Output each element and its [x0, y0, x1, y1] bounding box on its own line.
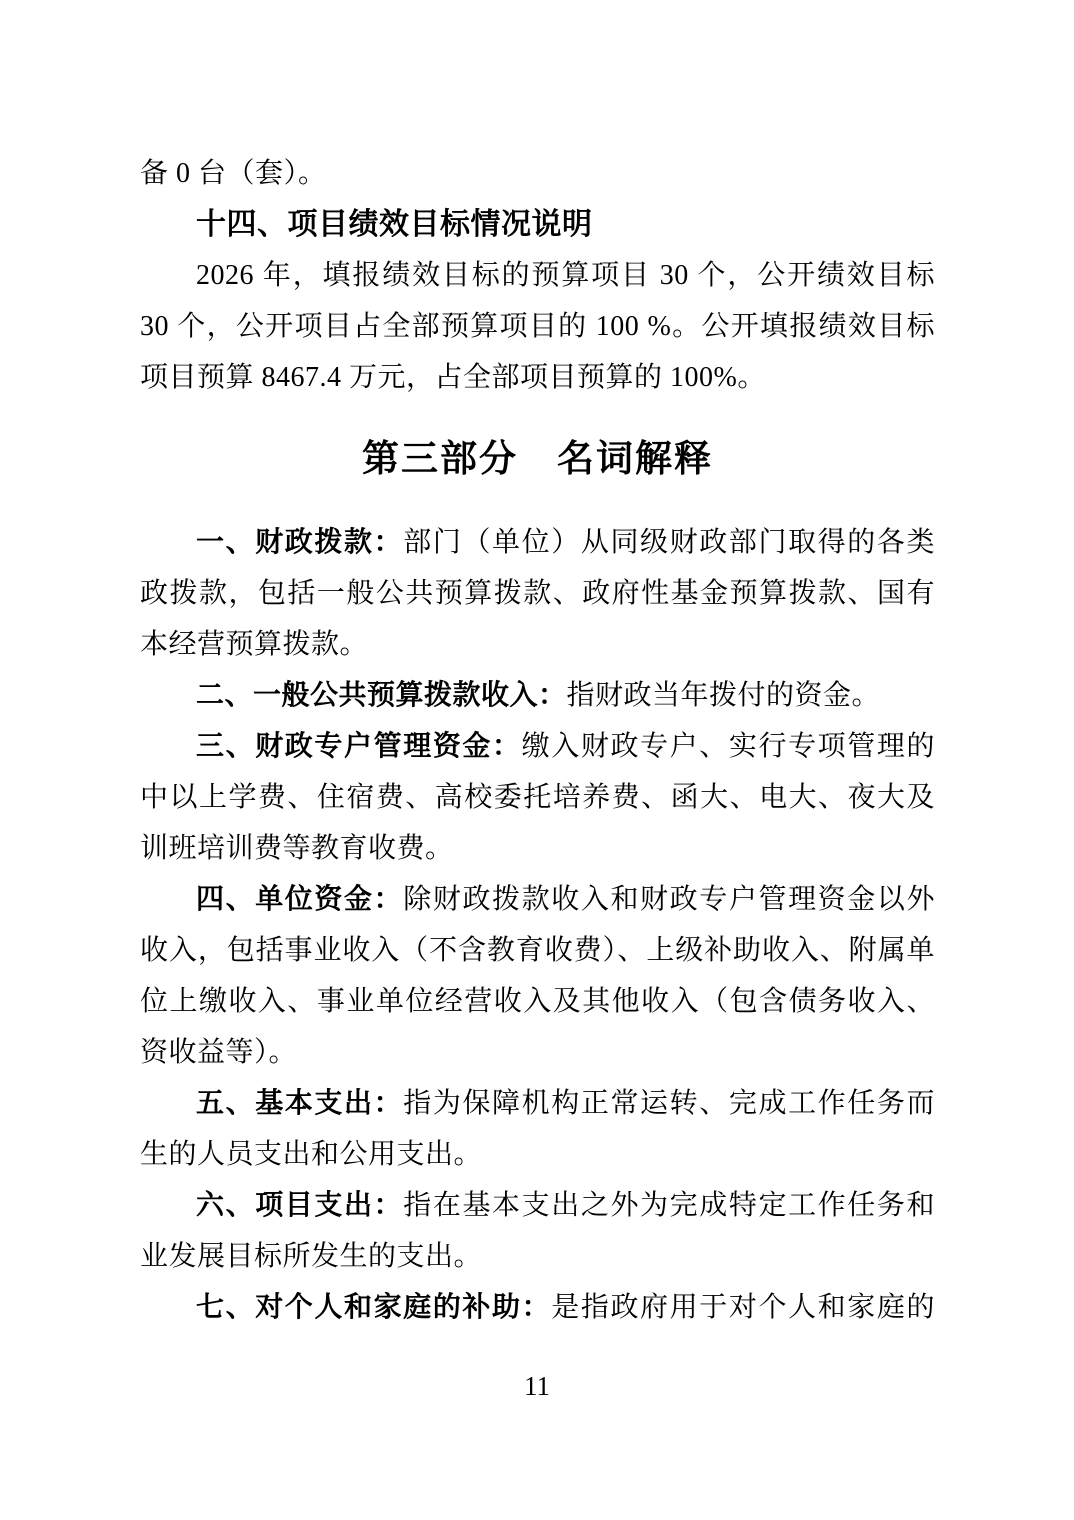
text-line: 本经营预算拨款。 [140, 619, 935, 670]
text-run: 政拨款，包括一般公共预算拨款、政府性基金预算拨款、国有资 [140, 578, 935, 619]
text-run: 业发展目标所发生的支出。 [140, 1241, 482, 1272]
term-name: 五、基本支出： [196, 1088, 403, 1119]
term-definition-line: 一、财政拨款：部门（单位）从同级财政部门取得的各类财 [140, 517, 935, 568]
text-run: 位上缴收入、事业单位经营收入及其他收入（包含债务收入、投 [140, 986, 935, 1027]
text-run: 本经营预算拨款。 [140, 629, 368, 660]
part3-section-title: 第三部分 名词解释 [140, 431, 935, 487]
text-run: 资收益等）。 [140, 1037, 297, 1068]
text-line: 训班培训费等教育收费。 [140, 823, 935, 874]
text-run: 收入，包括事业收入（不含教育收费）、上级补助收入、附属单 [140, 935, 935, 966]
term-definition-line: 六、项目支出：指在基本支出之外为完成特定工作任务和事 [140, 1180, 935, 1231]
page-number: 11 [0, 1366, 1074, 1406]
text-run: 中以上学费、住宿费、高校委托培养费、函大、电大、夜大及短 [140, 782, 935, 823]
text-line: 30 个，公开项目占全部预算项目的 100 %。公开填报绩效目标的 [140, 301, 935, 352]
text-line: 项目预算 8467.4 万元，占全部项目预算的 100%。 [140, 352, 935, 403]
document-page: 备 0 台（套）。 十四、项目绩效目标情况说明 2026 年，填报绩效目标的预算… [0, 0, 1074, 1520]
term-definition-line: 四、单位资金：除财政拨款收入和财政专户管理资金以外的 [140, 874, 935, 925]
term-name: 一、财政拨款： [196, 527, 403, 558]
term-name: 四、单位资金： [196, 884, 403, 915]
text-run: 30 个，公开项目占全部预算项目的 100 %。公开填报绩效目标的 [140, 311, 935, 352]
text-line: 位上缴收入、事业单位经营收入及其他收入（包含债务收入、投 [140, 976, 935, 1027]
document-content: 备 0 台（套）。 十四、项目绩效目标情况说明 2026 年，填报绩效目标的预算… [140, 148, 935, 1333]
term-name: 三、财政专户管理资金： [196, 731, 522, 762]
text-line: 2026 年，填报绩效目标的预算项目 30 个，公开绩效目标 [140, 250, 935, 301]
text-line: 收入，包括事业收入（不含教育收费）、上级补助收入、附属单 [140, 925, 935, 976]
term-name: 二、一般公共预算拨款收入： [196, 680, 567, 711]
text-run: 指财政当年拨付的资金。 [567, 680, 881, 711]
text-run: 生的人员支出和公用支出。 [140, 1139, 482, 1170]
text-line: 政拨款，包括一般公共预算拨款、政府性基金预算拨款、国有资 [140, 568, 935, 619]
term-definition-line: 五、基本支出：指为保障机构正常运转、完成工作任务而发 [140, 1078, 935, 1129]
text-run: 2026 年，填报绩效目标的预算项目 30 个，公开绩效目标 [196, 260, 935, 291]
text-line: 中以上学费、住宿费、高校委托培养费、函大、电大、夜大及短 [140, 772, 935, 823]
term-definition-line: 七、对个人和家庭的补助：是指政府用于对个人和家庭的补 [140, 1282, 935, 1333]
text-line: 备 0 台（套）。 [140, 148, 935, 199]
term-name: 七、对个人和家庭的补助： [196, 1292, 551, 1323]
text-line: 业发展目标所发生的支出。 [140, 1231, 935, 1282]
heading-text: 十四、项目绩效目标情况说明 [196, 208, 593, 241]
text-run: 训班培训费等教育收费。 [140, 833, 454, 864]
text-line: 资收益等）。 [140, 1027, 935, 1078]
text-run: 项目预算 8467.4 万元，占全部项目预算的 100%。 [140, 362, 766, 393]
text-run: 备 0 台（套）。 [140, 158, 327, 189]
heading-14: 十四、项目绩效目标情况说明 [140, 199, 935, 250]
term-name: 六、项目支出： [196, 1190, 403, 1221]
text-line: 生的人员支出和公用支出。 [140, 1129, 935, 1180]
term-definition-line: 三、财政专户管理资金：缴入财政专户、实行专项管理的高 [140, 721, 935, 772]
term-definition-line: 二、一般公共预算拨款收入：指财政当年拨付的资金。 [140, 670, 935, 721]
